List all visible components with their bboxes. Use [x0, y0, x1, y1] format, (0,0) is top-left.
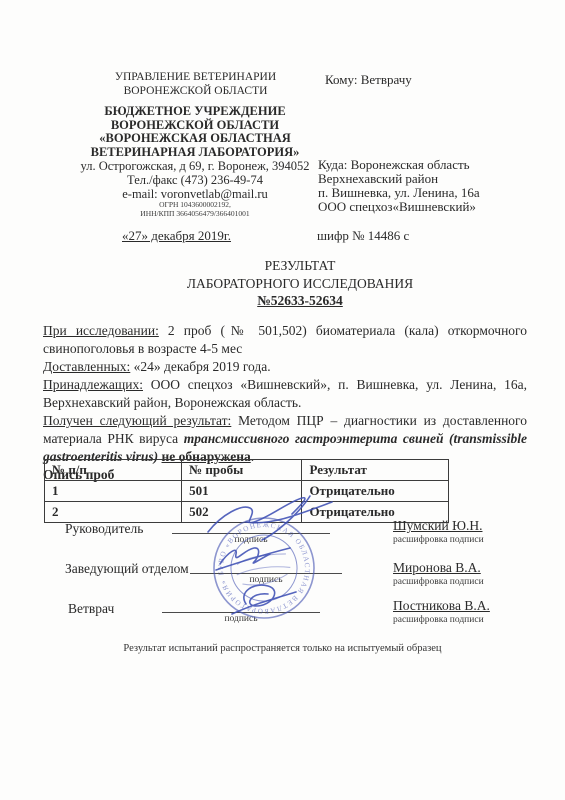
col-header-result: Результат — [302, 460, 449, 481]
department-line: ВОРОНЕЖСКОЙ ОБЛАСТИ — [88, 85, 303, 99]
organization-name: БЮДЖЕТНОЕ УЧРЕЖДЕНИЕ ВОРОНЕЖСКОЙ ОБЛАСТИ… — [70, 105, 320, 159]
report-number: №52633-52634 — [60, 292, 540, 310]
paragraph-lead: Получен следующий результат: — [43, 413, 231, 428]
dest-line: Верхнехавский район — [318, 172, 548, 186]
street-address: ул. Острогожская, д 69, г. Воронеж, 3940… — [55, 159, 335, 173]
title-line-2: ЛАБОРАТОРНОГО ИССЛЕДОВАНИЯ — [60, 275, 540, 293]
org-line: БЮДЖЕТНОЕ УЧРЕЖДЕНИЕ — [70, 105, 320, 119]
scanned-lab-report-page: УПРАВЛЕНИЕ ВЕТЕРИНАРИИ ВОРОНЕЖСКОЙ ОБЛАС… — [0, 0, 565, 800]
col-header-sample: № пробы — [182, 460, 302, 481]
paragraph-result: Получен следующий результат: Методом ПЦР… — [43, 412, 527, 466]
issuing-department: УПРАВЛЕНИЕ ВЕТЕРИНАРИИ ВОРОНЕЖСКОЙ ОБЛАС… — [88, 71, 303, 98]
org-line: ВОРОНЕЖСКОЙ ОБЛАСТИ — [70, 119, 320, 133]
signature-scribble — [216, 548, 290, 570]
paragraph-delivered: Доставленных: «24» декабря 2019 года. — [43, 358, 527, 376]
organization-contacts: ул. Острогожская, д 69, г. Воронеж, 3940… — [55, 159, 335, 218]
phone-fax: Тел./факс (473) 236-49-74 — [55, 173, 335, 187]
org-line: ВЕТЕРИНАРНАЯ ЛАБОРАТОРИЯ» — [70, 146, 320, 160]
title-line-1: РЕЗУЛЬТАТ — [60, 257, 540, 275]
footer-note: Результат испытаний распространяется тол… — [0, 643, 565, 654]
document-title: РЕЗУЛЬТАТ ЛАБОРАТОРНОГО ИССЛЕДОВАНИЯ №52… — [60, 257, 540, 310]
paragraph-lead: Принадлежащих: — [43, 377, 143, 392]
signature-scribble — [208, 496, 332, 540]
paragraph-lead: При исследовании: — [43, 323, 159, 338]
cipher-number: шифр № 14486 с — [317, 228, 409, 244]
dest-line: ООО спецхоз«Вишневский» — [318, 200, 548, 214]
handwritten-signatures — [150, 492, 410, 642]
org-line: «ВОРОНЕЖСКАЯ ОБЛАСТНАЯ — [70, 132, 320, 146]
paragraph-text: «24» декабря 2019 года. — [130, 359, 270, 374]
table-header-row: № п/п № пробы Результат — [45, 460, 449, 481]
col-header-index: № п/п — [45, 460, 182, 481]
signature-scribble — [232, 585, 296, 614]
inn-kpp-number: ИНН/КПП 3664056479/366401001 — [55, 210, 335, 219]
paragraph-owner: Принадлежащих: ООО спецхоз «Вишневский»,… — [43, 376, 527, 412]
addressee: Кому: Ветврачу — [325, 72, 412, 88]
date-value: «27» декабря 2019г. — [122, 228, 231, 243]
signer-role: Ветврач — [68, 601, 114, 617]
paragraph-lead: Доставленных: — [43, 359, 130, 374]
dest-line: п. Вишневка, ул. Ленина, 16а — [318, 186, 548, 200]
dest-line: Куда: Воронежская область — [318, 158, 548, 172]
signer-role: Руководитель — [65, 521, 143, 537]
paragraph-examined: При исследовании: 2 проб (№ 501,502) био… — [43, 322, 527, 358]
document-date: «27» декабря 2019г. — [122, 228, 231, 244]
destination-address: Куда: Воронежская область Верхнехавский … — [318, 158, 548, 214]
email: e-mail: voronvetlab@mail.ru — [55, 187, 335, 201]
department-line: УПРАВЛЕНИЕ ВЕТЕРИНАРИИ — [88, 71, 303, 85]
